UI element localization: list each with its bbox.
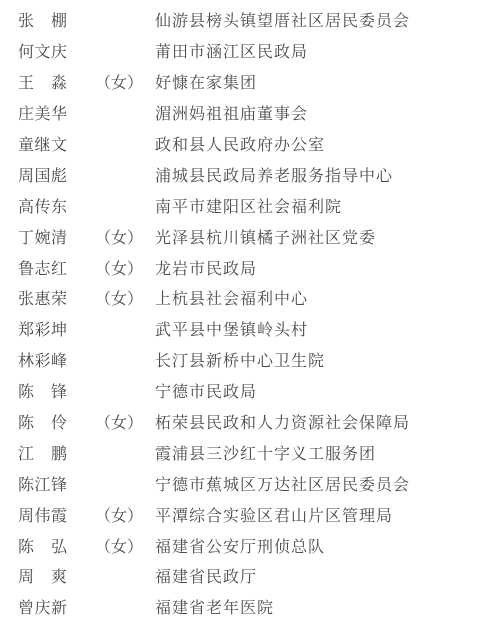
list-item: 王 淼 （女） 好慷在家集团	[0, 69, 486, 100]
person-name: 郑彩坤	[18, 323, 95, 339]
organization: 宁德市民政局	[155, 385, 257, 401]
organization: 好慷在家集团	[155, 76, 257, 92]
list-item: 陈 伶 （女） 柘荣县民政和人力资源社会保障局	[0, 409, 486, 440]
person-name: 童继文	[18, 138, 95, 154]
organization: 龙岩市民政局	[155, 262, 257, 278]
list-item: 童继文 政和县人民政府办公室	[0, 131, 486, 162]
person-name: 高传东	[18, 200, 95, 216]
person-name: 周 爽	[18, 570, 95, 586]
person-name: 曾庆新	[18, 601, 95, 617]
list-item: 鲁志红 （女） 龙岩市民政局	[0, 254, 486, 285]
organization: 平潭综合实验区君山片区管理局	[155, 509, 393, 525]
list-item: 郑彩坤 武平县中堡镇岭头村	[0, 316, 486, 347]
list-item: 庄美华 湄洲妈祖祖庙董事会	[0, 100, 486, 131]
person-name: 庄美华	[18, 107, 95, 123]
person-name: 林彩峰	[18, 354, 95, 370]
person-name: 张惠荣	[18, 292, 95, 308]
recipient-list: 张 棚 仙游县榜头镇望厝社区居民委员会 何文庆 莆田市涵江区民政局 王 淼 （女…	[0, 7, 486, 625]
organization: 莆田市涵江区民政局	[155, 45, 308, 61]
organization: 福建省老年医院	[155, 601, 274, 617]
gender-note: （女）	[95, 76, 155, 92]
person-name: 何文庆	[18, 45, 95, 61]
person-name: 周国彪	[18, 169, 95, 185]
list-item: 高传东 南平市建阳区社会福利院	[0, 192, 486, 223]
list-item: 陈 弘 （女） 福建省公安厅刑侦总队	[0, 532, 486, 563]
person-name: 丁婉清	[18, 231, 95, 247]
organization: 福建省民政厅	[155, 570, 257, 586]
person-name: 周伟霞	[18, 509, 95, 525]
organization: 福建省公安厅刑侦总队	[155, 540, 325, 556]
organization: 光泽县杭川镇橘子洲社区党委	[155, 231, 376, 247]
list-item: 陈江锋 宁德市蕉城区万达社区居民委员会	[0, 470, 486, 501]
organization: 政和县人民政府办公室	[155, 138, 325, 154]
person-name: 陈 锋	[18, 385, 95, 401]
list-item: 何文庆 莆田市涵江区民政局	[0, 38, 486, 69]
list-item: 张惠荣 （女） 上杭县社会福利中心	[0, 285, 486, 316]
gender-note: （女）	[95, 509, 155, 525]
organization: 长汀县新桥中心卫生院	[155, 354, 325, 370]
gender-note: （女）	[95, 231, 155, 247]
list-item: 张 棚 仙游县榜头镇望厝社区居民委员会	[0, 7, 486, 38]
list-item: 周国彪 浦城县民政局养老服务指导中心	[0, 161, 486, 192]
gender-note: （女）	[95, 416, 155, 432]
organization: 上杭县社会福利中心	[155, 292, 308, 308]
organization: 仙游县榜头镇望厝社区居民委员会	[155, 14, 410, 30]
organization: 浦城县民政局养老服务指导中心	[155, 169, 393, 185]
gender-note: （女）	[95, 292, 155, 308]
person-name: 张 棚	[18, 14, 95, 30]
list-item: 曾庆新 福建省老年医院	[0, 594, 486, 625]
organization: 湄洲妈祖祖庙董事会	[155, 107, 308, 123]
person-name: 鲁志红	[18, 262, 95, 278]
gender-note: （女）	[95, 262, 155, 278]
list-item: 周 爽 福建省民政厅	[0, 563, 486, 594]
person-name: 陈 伶	[18, 416, 95, 432]
list-item: 丁婉清 （女） 光泽县杭川镇橘子洲社区党委	[0, 223, 486, 254]
organization: 武平县中堡镇岭头村	[155, 323, 308, 339]
person-name: 陈 弘	[18, 540, 95, 556]
list-item: 周伟霞 （女） 平潭综合实验区君山片区管理局	[0, 501, 486, 532]
organization: 宁德市蕉城区万达社区居民委员会	[155, 478, 410, 494]
list-item: 林彩峰 长汀县新桥中心卫生院	[0, 347, 486, 378]
list-item: 陈 锋 宁德市民政局	[0, 378, 486, 409]
organization: 柘荣县民政和人力资源社会保障局	[155, 416, 410, 432]
organization: 霞浦县三沙红十字义工服务团	[155, 447, 376, 463]
person-name: 陈江锋	[18, 478, 95, 494]
person-name: 王 淼	[18, 76, 95, 92]
organization: 南平市建阳区社会福利院	[155, 200, 342, 216]
list-item: 江 鹏 霞浦县三沙红十字义工服务团	[0, 439, 486, 470]
document-page: 张 棚 仙游县榜头镇望厝社区居民委员会 何文庆 莆田市涵江区民政局 王 淼 （女…	[0, 0, 486, 630]
gender-note: （女）	[95, 540, 155, 556]
person-name: 江 鹏	[18, 447, 95, 463]
